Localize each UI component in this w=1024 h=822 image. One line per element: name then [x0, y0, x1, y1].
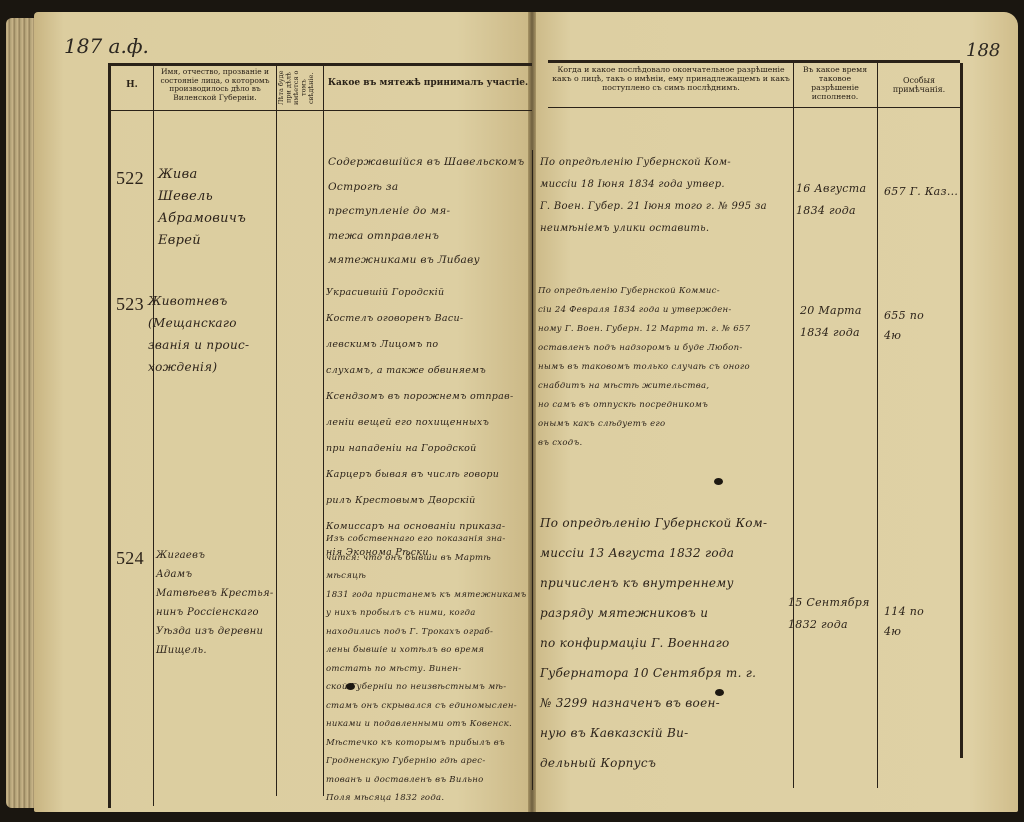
header-bottom-rule-left — [108, 110, 532, 111]
folio-number-right: 188 — [966, 40, 1000, 61]
header-remarks: Особыя примѣчанія. — [879, 76, 959, 94]
header-resolution: Когда и какое послѣдовало окончательное … — [550, 66, 792, 93]
row-522-participation: Содержавшійся въ Шавельскомъ Острогѣ за … — [328, 150, 532, 273]
row-524-number: 524 — [116, 548, 144, 569]
row-524-participation: Изъ собственнаго его показанія зна- читс… — [326, 530, 532, 808]
col-divider-number — [153, 66, 154, 806]
col-divider-resolution — [793, 63, 794, 788]
binding-hole — [714, 478, 723, 485]
row-522-resolution: По опредѣленію Губернской Ком- миссіи 18… — [540, 152, 793, 240]
row-523-name: Животневъ (Мещанскаго званія и проис- хо… — [148, 290, 276, 378]
row-523-remarks: 655 по 4ю — [884, 306, 960, 346]
binding-hole — [715, 689, 724, 696]
row-523-number: 523 — [116, 294, 144, 315]
header-number: Н. — [112, 80, 152, 90]
row-522-name: Жива Шевель Абрамовичъ Еврей — [158, 164, 276, 252]
col-divider-center — [532, 150, 533, 790]
row-524-executed: 15 Сентября 1832 года — [788, 592, 878, 636]
col-divider-executed — [877, 63, 878, 788]
row-522-executed: 16 Августа 1834 года — [796, 178, 876, 222]
header-bottom-rule-right — [548, 107, 960, 108]
header-executed: Въ какое время таковое разрѣшеніе исполн… — [795, 66, 875, 102]
col-divider-name — [276, 66, 277, 796]
header-name: Имя, отчество, прозваніе и состояніе лиц… — [156, 68, 274, 103]
col-divider-age — [323, 66, 324, 796]
folio-number-left: 187 а.ф. — [64, 34, 149, 58]
binding-hole — [346, 683, 355, 690]
top-rule-right — [548, 60, 960, 63]
row-523-executed: 20 Марта 1834 года — [800, 300, 876, 344]
row-524-remarks: 114 по 4ю — [884, 602, 960, 642]
row-523-participation: Украсившій Городскій Костелъ оговоренъ В… — [326, 280, 532, 566]
ledger-book: 187 а.ф. 188 Н. Имя, отчество, прозваніе… — [0, 0, 1024, 822]
row-524-resolution: По опредѣленію Губернской Ком- миссіи 13… — [540, 508, 793, 778]
right-border-rule-lower — [960, 303, 963, 758]
row-523-resolution: По опредѣленію Губернской Коммис- сіи 24… — [538, 282, 793, 453]
row-522-number: 522 — [116, 168, 144, 189]
row-524-name: Жигаевъ Адамъ Матвѣевъ Крестья- нинъ Рос… — [156, 546, 276, 660]
left-border-rule — [108, 63, 111, 808]
header-age: Лѣта буде при дѣлѣ имѣется о томъ свѣдѣн… — [278, 66, 322, 110]
row-522-remarks: 657 Г. Каз... — [884, 182, 964, 202]
header-participation: Какое въ мятежѣ принималъ участіе. — [326, 78, 530, 88]
